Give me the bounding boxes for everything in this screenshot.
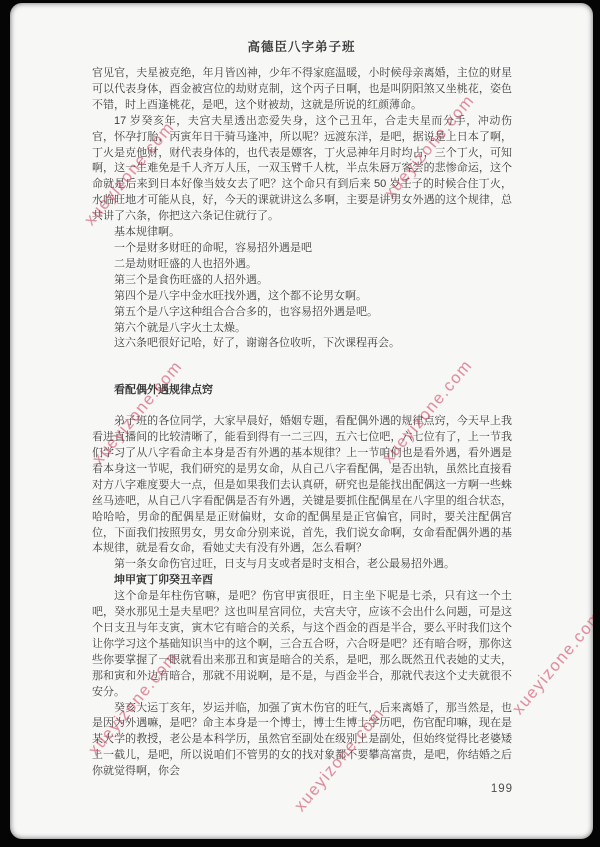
paragraph-dayun: 癸亥大运丁亥年，岁运并临，加强了寅木伤官的旺气，后来离婚了，那当然是，也是因为外…: [92, 701, 512, 781]
rule-list-item: 第四个是八字中金水旺找外遇，这个都不论男女啊。: [92, 289, 512, 305]
bazi-chart-line: 坤甲寅丁卯癸丑辛酉: [92, 573, 512, 589]
rule-list-item: 一个是财多财旺的命呢，容易招外遇是吧: [92, 241, 512, 257]
photo-frame: 高德臣八字弟子班 官见官，夫星被克绝，年月皆凶神，少年不得家庭温暖，小时候母亲离…: [0, 0, 600, 847]
rule-list-item: 基本规律啊。: [92, 225, 512, 241]
page-body: 官见官，夫星被克绝，年月皆凶神，少年不得家庭温暖，小时候母亲离婚，主位的财星可以…: [92, 66, 512, 780]
page-title: 高德臣八字弟子班: [10, 37, 593, 55]
paragraph-intro: 官见官，夫星被克绝，年月皆凶神，少年不得家庭温暖，小时候母亲离婚，主位的财星可以…: [92, 66, 512, 114]
rule-list-item: 第三个是食伤旺盛的人招外遇。: [92, 273, 512, 289]
paragraph-17sui: 17 岁癸亥年，夫宫夫星透出恋爱失身，这个己丑年，合走夫星而分手，冲动伤官，怀孕…: [92, 114, 512, 225]
rule-list-item: 这六条吧很好记哈，好了，谢谢各位收听，下次课程再会。: [92, 336, 512, 352]
section-heading: 看配偶外遇规律点窍: [92, 383, 512, 399]
rule-list-item: 二是劫财旺盛的人也招外遇。: [92, 257, 512, 273]
paragraph-dizi: 弟子班的各位同学，大家早晨好，婚姻专题，看配偶外遇的规律点窍，今天早上我看进直播…: [92, 414, 512, 557]
rule-list-item: 第五个是八字这种组合合合多的，也容易招外遇是吧。: [92, 305, 512, 321]
book-page: 高德臣八字弟子班 官见官，夫星被克绝，年月皆凶神，少年不得家庭温暖，小时候母亲离…: [10, 3, 593, 839]
rule-list-item: 第六个就是八字火土太燥。: [92, 321, 512, 337]
page-number: 199: [491, 783, 513, 795]
watermark-text: xueyizone.com: [509, 607, 593, 718]
rule-one-line: 第一条女命伤官过旺，日支与月支或者是时支相合，老公最易招外遇。: [92, 557, 512, 573]
paragraph-mingli: 这个命是年柱伤官嘛，是吧？伤官甲寅很旺，日主坐下呢是七杀，只有这一个土吧，癸水那…: [92, 589, 512, 700]
